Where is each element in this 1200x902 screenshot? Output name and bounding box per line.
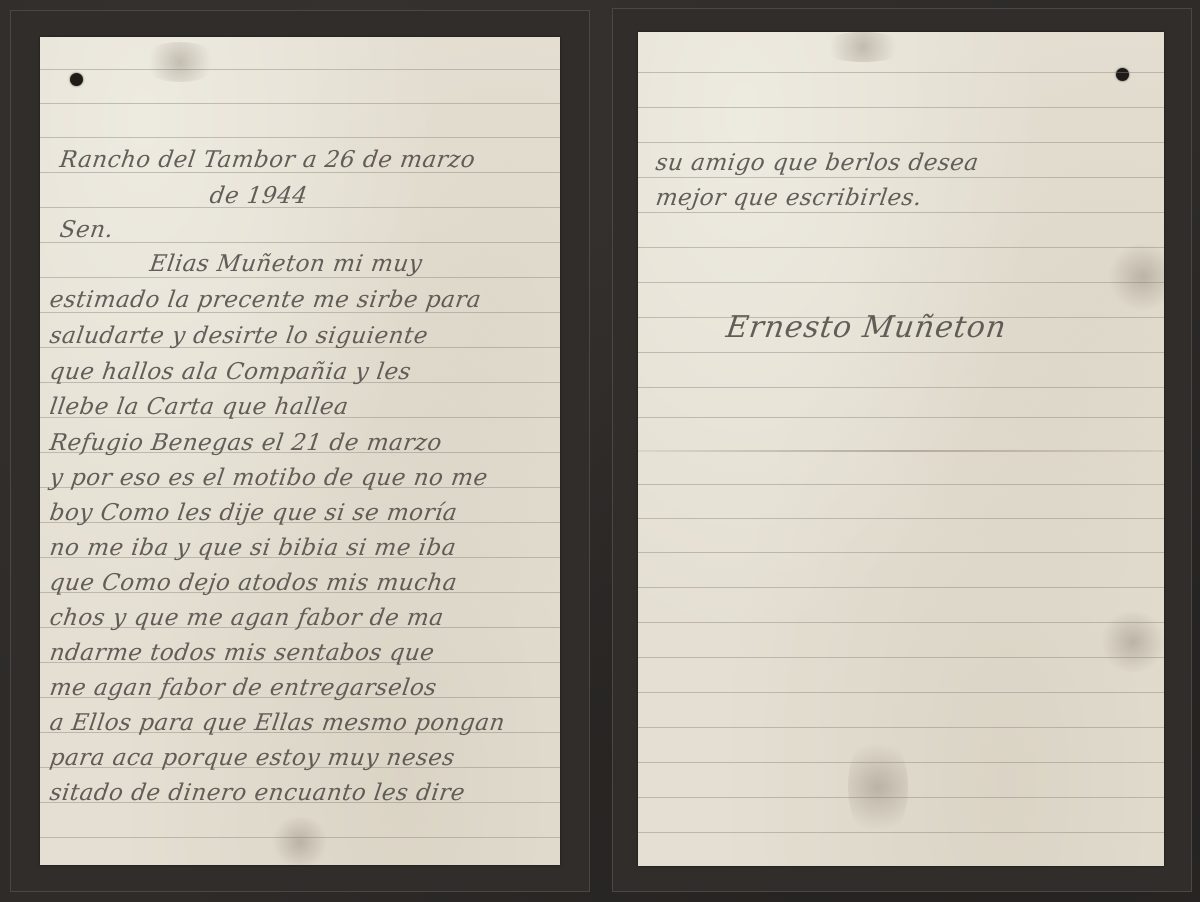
paper-stain [818,32,908,62]
ruled-line [638,622,1164,623]
ruled-line [638,518,1164,519]
letter-salutation: Sen. [58,217,115,243]
punch-hole [70,73,83,86]
letter-line: que Como dejo atodos mis mucha [48,570,459,596]
signature: Ernesto Muñeton [724,310,1009,345]
letter-page-2: su amigo que berlos desea mejor que escr… [638,32,1164,866]
paper-stain [1098,612,1164,672]
letter-line: saludarte y desirte lo siguiente [48,323,430,349]
ruled-line [40,242,560,243]
mounting-board: Rancho del Tambor a 26 de marzo de 1944 … [0,0,1200,902]
letter-line: boy Como les dije que si se moría [48,500,459,526]
letter-line: no me iba y que si bibia si me iba [48,535,458,561]
letter-line: Elias Muñeton mi muy [148,251,424,277]
letter-line: y por eso es el motibo de que no me [48,465,490,491]
letter-line: Refugio Benegas el 21 de marzo [48,430,444,456]
letter-line: mejor que escribirles. [654,185,924,211]
ruled-line [638,247,1164,248]
ruled-line [638,587,1164,588]
ruled-line [638,832,1164,833]
ruled-line [638,387,1164,388]
ruled-line [638,727,1164,728]
letter-line: chos y que me agan fabor de ma [48,605,445,631]
ruled-line [638,657,1164,658]
letter-line: a Ellos para que Ellas mesmo pongan [48,710,507,736]
letter-line: que hallos ala Compañia y les [48,359,413,385]
letter-line: llebe la Carta que hallea [48,394,350,420]
letter-line: su amigo que berlos desea [654,150,980,176]
ruled-line [40,103,560,104]
letter-page-1: Rancho del Tambor a 26 de marzo de 1944 … [40,37,560,865]
letter-line: sitado de dinero encuanto les dire [48,780,467,806]
letter-line: estimado la precente me sirbe para [48,287,483,313]
ruled-line [638,72,1164,73]
ruled-line [638,212,1164,213]
ruled-line [40,137,560,138]
letter-line: ndarme todos mis sentabos que [48,640,436,666]
paper-stain [1108,242,1164,312]
paper-stain [848,732,908,842]
paper-stain [270,817,330,865]
ruled-line [638,352,1164,353]
letter-year: de 1944 [208,183,309,209]
ruled-line [638,177,1164,178]
paper-stain [140,42,220,82]
letter-line: para aca porque estoy muy neses [48,745,457,771]
ruled-line [638,484,1164,485]
ruled-line [40,69,560,70]
letter-line: me agan fabor de entregarselos [48,675,439,701]
ruled-line [638,282,1164,283]
letter-place-date: Rancho del Tambor a 26 de marzo [58,147,477,173]
ruled-line [40,277,560,278]
ruled-line [638,552,1164,553]
paper-fold-crease [638,450,1164,452]
ruled-line [638,142,1164,143]
ruled-line [638,417,1164,418]
punch-hole [1116,68,1129,81]
ruled-line [638,692,1164,693]
ruled-line [638,107,1164,108]
